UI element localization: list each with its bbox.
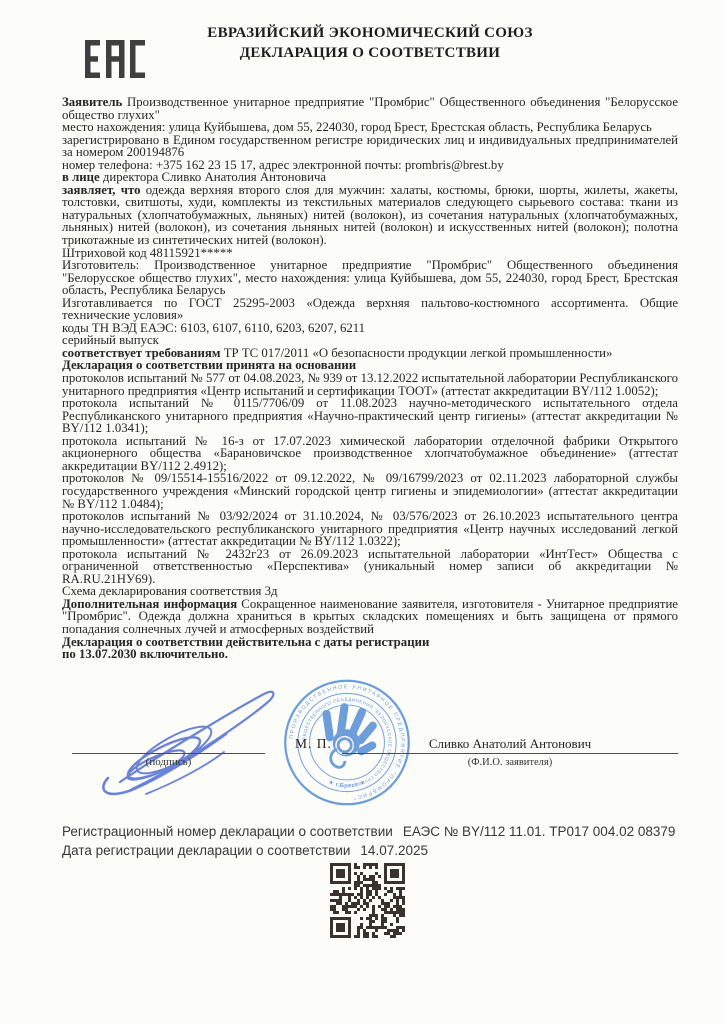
paragraph-text: протокола испытаний № 16-з от 17.07.2023… bbox=[62, 434, 678, 473]
title-line-union: ЕВРАЗИЙСКИЙ ЭКОНОМИЧЕСКИЙ СОЮЗ bbox=[62, 23, 678, 43]
paragraph: Изготовитель: Производственное унитарное… bbox=[62, 259, 678, 297]
signature-scribble bbox=[86, 686, 291, 804]
paragraph: заявляет, что одежда верхняя второго сло… bbox=[62, 184, 678, 247]
signature-line bbox=[72, 753, 265, 754]
paragraph-text: протокола испытаний № 0115/7706/09 от 11… bbox=[62, 396, 678, 435]
title-line-declaration: ДЕКЛАРАЦИЯ О СООТВЕТСТВИИ bbox=[62, 43, 678, 63]
declaration-document: ЕВРАЗИЙСКИЙ ЭКОНОМИЧЕСКИЙ СОЮЗ ДЕКЛАРАЦИ… bbox=[0, 0, 724, 1024]
paragraph: по 13.07.2030 включительно. bbox=[62, 648, 678, 661]
paragraph-text: протоколов испытаний № 577 от 04.08.2023… bbox=[62, 371, 678, 398]
paragraph-lead: по 13.07.2030 включительно. bbox=[62, 647, 228, 661]
paragraph: зарегистрировано в Едином государственно… bbox=[62, 134, 678, 159]
qr-code bbox=[330, 863, 405, 938]
paragraph: Изготавливается по ГОСТ 25295-2003 «Одеж… bbox=[62, 297, 678, 322]
fio-line bbox=[342, 753, 678, 754]
registration-date-line: Дата регистрации декларации о соответств… bbox=[62, 843, 678, 858]
paragraph-text: Изготавливается по ГОСТ 25295-2003 «Одеж… bbox=[62, 296, 678, 323]
paragraph: Дополнительная информация Сокращенное на… bbox=[62, 598, 678, 636]
paragraph-text: Изготовитель: Производственное унитарное… bbox=[62, 258, 678, 297]
signature-caption: (подпись) bbox=[72, 756, 265, 768]
fio-caption: (Ф.И.О. заявителя) bbox=[342, 757, 678, 768]
paragraph: Заявитель Производственное унитарное пре… bbox=[62, 96, 678, 121]
paragraph-text: протоколов № 09/15514-15516/2022 от 09.1… bbox=[62, 471, 678, 510]
paragraph: протокола испытаний № 2432г23 от 26.09.2… bbox=[62, 548, 678, 586]
paragraph-text: протокола испытаний № 2432г23 от 26.09.2… bbox=[62, 547, 678, 586]
stamp-place-label: М. П. bbox=[295, 736, 332, 752]
registration-number-value: ЕАЭС № BY/112 11.01. ТР017 004.02 08379 bbox=[403, 824, 676, 839]
paragraph-text: Производственное унитарное предприятие "… bbox=[62, 95, 678, 122]
registration-number-label: Регистрационный номер декларации о соотв… bbox=[62, 824, 393, 839]
paragraph-text: протоколов испытаний № 03/92/2024 от 31.… bbox=[62, 509, 678, 548]
applicant-name: Сливко Анатолий Антонович bbox=[342, 736, 678, 752]
document-body: Заявитель Производственное унитарное пре… bbox=[62, 96, 678, 661]
paragraph: протоколов № 09/15514-15516/2022 от 09.1… bbox=[62, 472, 678, 510]
paragraph-text: зарегистрировано в Едином государственно… bbox=[62, 133, 678, 160]
paragraph-text: одежда верхняя второго слоя для мужчин: … bbox=[62, 183, 678, 247]
document-title: ЕВРАЗИЙСКИЙ ЭКОНОМИЧЕСКИЙ СОЮЗ ДЕКЛАРАЦИ… bbox=[62, 23, 678, 63]
paragraph: протокола испытаний № 16-з от 17.07.2023… bbox=[62, 435, 678, 473]
registration-number-line: Регистрационный номер декларации о соотв… bbox=[62, 824, 678, 839]
registration-date-value: 14.07.2025 bbox=[360, 843, 428, 858]
registration-date-label: Дата регистрации декларации о соответств… bbox=[62, 843, 350, 858]
paragraph: протоколов испытаний № 577 от 04.08.2023… bbox=[62, 372, 678, 397]
paragraph: протокола испытаний № 0115/7706/09 от 11… bbox=[62, 397, 678, 435]
paragraph: протоколов испытаний № 03/92/2024 от 31.… bbox=[62, 510, 678, 548]
